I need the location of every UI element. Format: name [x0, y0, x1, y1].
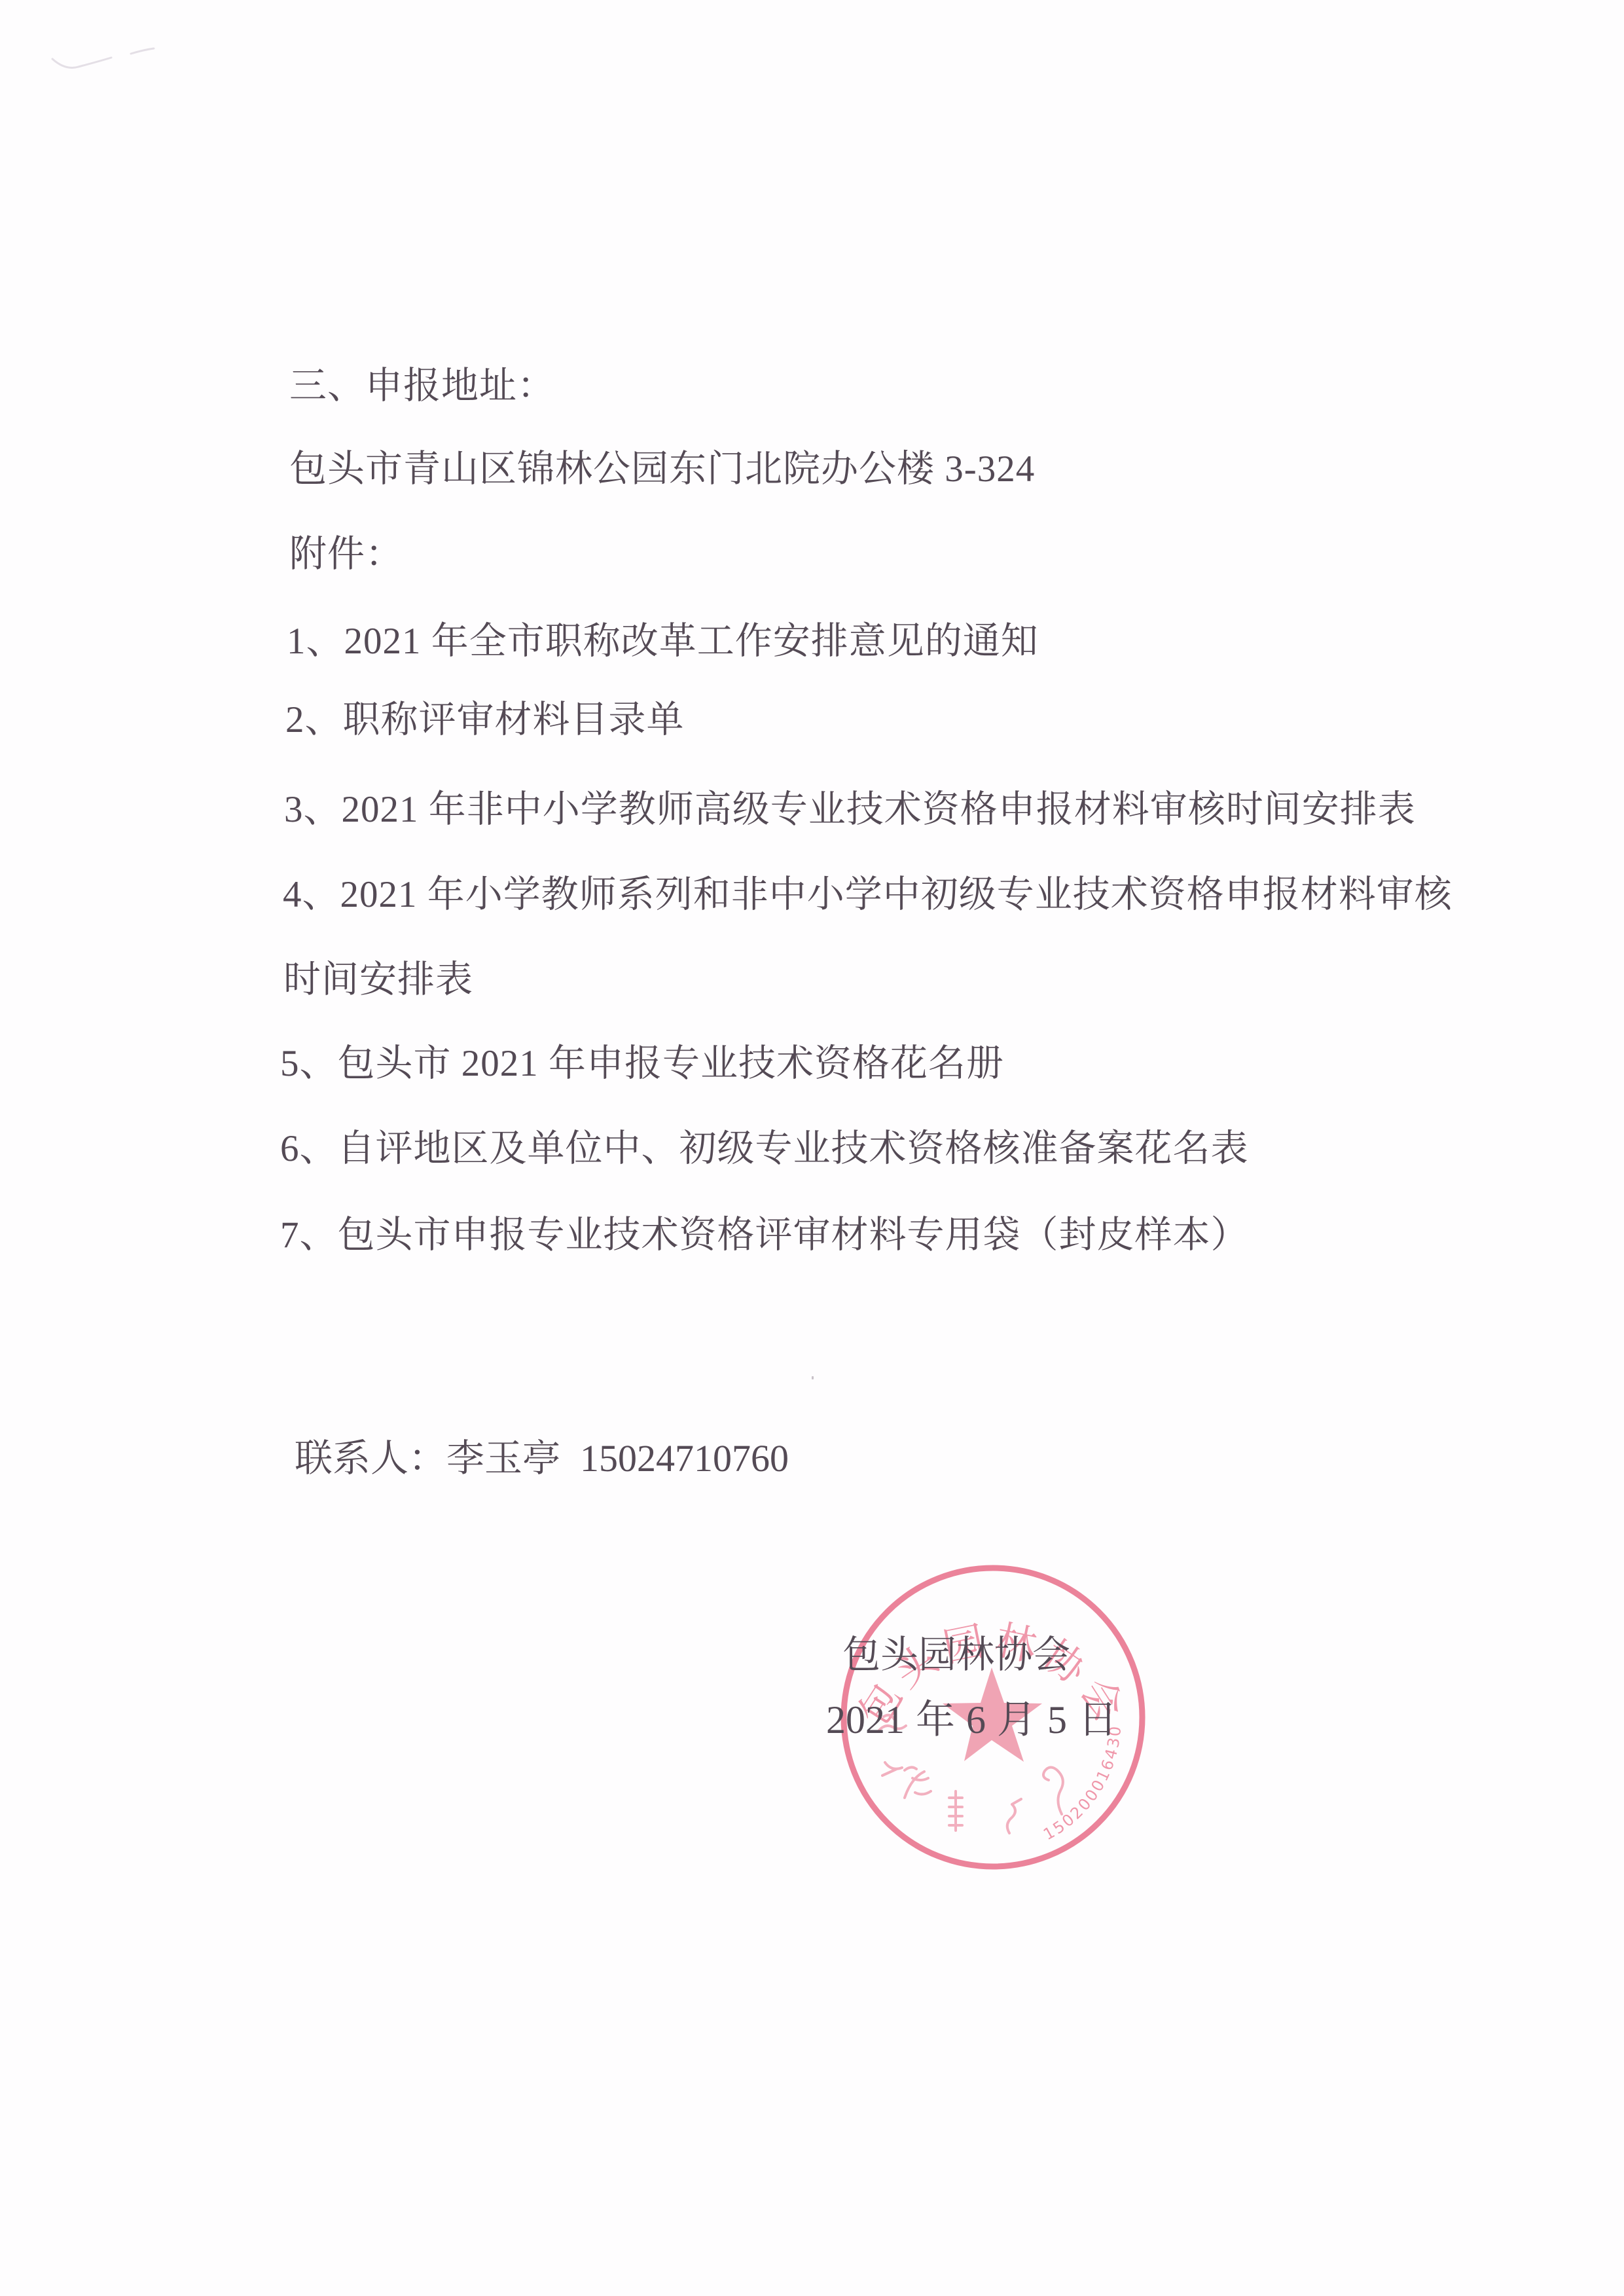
attachment-title: 包头市申报专业技术资格评审材料专用袋（封皮样本）: [338, 1214, 1249, 1256]
attachment-item-4: 4、2021 年小学教师系列和非中小学中初级专业技术资格申报材料审核: [283, 875, 1453, 915]
attachment-item-6: 6、自评地区及单位中、初级专业技术资格核准备案花名表: [280, 1129, 1249, 1169]
contact-phone: 15024710760: [580, 1437, 789, 1480]
document-page: 三、申报地址： 包头市青山区锦林公园东门北院办公楼 3-324 附件： 1、20…: [0, 0, 1624, 2296]
signature-organization: 包头园林协会: [842, 1635, 1070, 1675]
attachment-number: 3、: [284, 789, 342, 830]
attachment-number: 2、: [285, 699, 343, 740]
attachments-label: 附件：: [289, 535, 403, 574]
seal-serial-number: 150200016430: [1040, 1724, 1125, 1844]
scan-artifact-dot: [812, 1376, 814, 1379]
section-heading: 三、申报地址：: [289, 367, 555, 406]
attachment-number: 5、: [280, 1043, 338, 1084]
attachment-number: 6、: [280, 1128, 338, 1169]
contact-line: 联系人：李玉亭15024710760: [295, 1439, 789, 1478]
attachment-item-7: 7、包头市申报专业技术资格评审材料专用袋（封皮样本）: [280, 1216, 1249, 1255]
scan-artifact: [39, 33, 170, 79]
attachment-item-2: 2、职称评审材料目录单: [285, 701, 685, 740]
attachment-item-1: 1、2021 年全市职称改革工作安排意见的通知: [287, 622, 1039, 661]
attachment-title: 自评地区及单位中、初级专业技术资格核准备案花名表: [338, 1128, 1249, 1169]
contact-label: 联系人：: [295, 1437, 446, 1480]
attachment-item-5: 5、包头市 2021 年申报专业技术资格花名册: [280, 1044, 1004, 1084]
contact-name: 李玉亭: [446, 1437, 560, 1480]
attachment-number: 7、: [280, 1214, 338, 1256]
attachment-number: 1、: [287, 621, 344, 662]
address-text: 包头市青山区锦林公园东门北院办公楼 3-324: [289, 450, 1035, 489]
attachment-title: 2021 年小学教师系列和非中小学中初级专业技术资格申报材料审核: [340, 874, 1453, 915]
signature-date: 2021 年 6 月 5 日: [826, 1700, 1117, 1740]
attachment-item-3: 3、2021 年非中小学教师高级专业技术资格申报材料审核时间安排表: [284, 790, 1416, 829]
attachment-title: 2021 年非中小学教师高级专业技术资格申报材料审核时间安排表: [342, 789, 1416, 830]
attachment-number: 4、: [283, 874, 340, 915]
attachment-title: 2021 年全市职称改革工作安排意见的通知: [344, 621, 1039, 662]
attachment-title: 包头市 2021 年申报专业技术资格花名册: [338, 1043, 1005, 1084]
attachment-title: 职称评审材料目录单: [343, 699, 685, 740]
attachment-item-4-continuation: 时间安排表: [283, 960, 473, 1000]
